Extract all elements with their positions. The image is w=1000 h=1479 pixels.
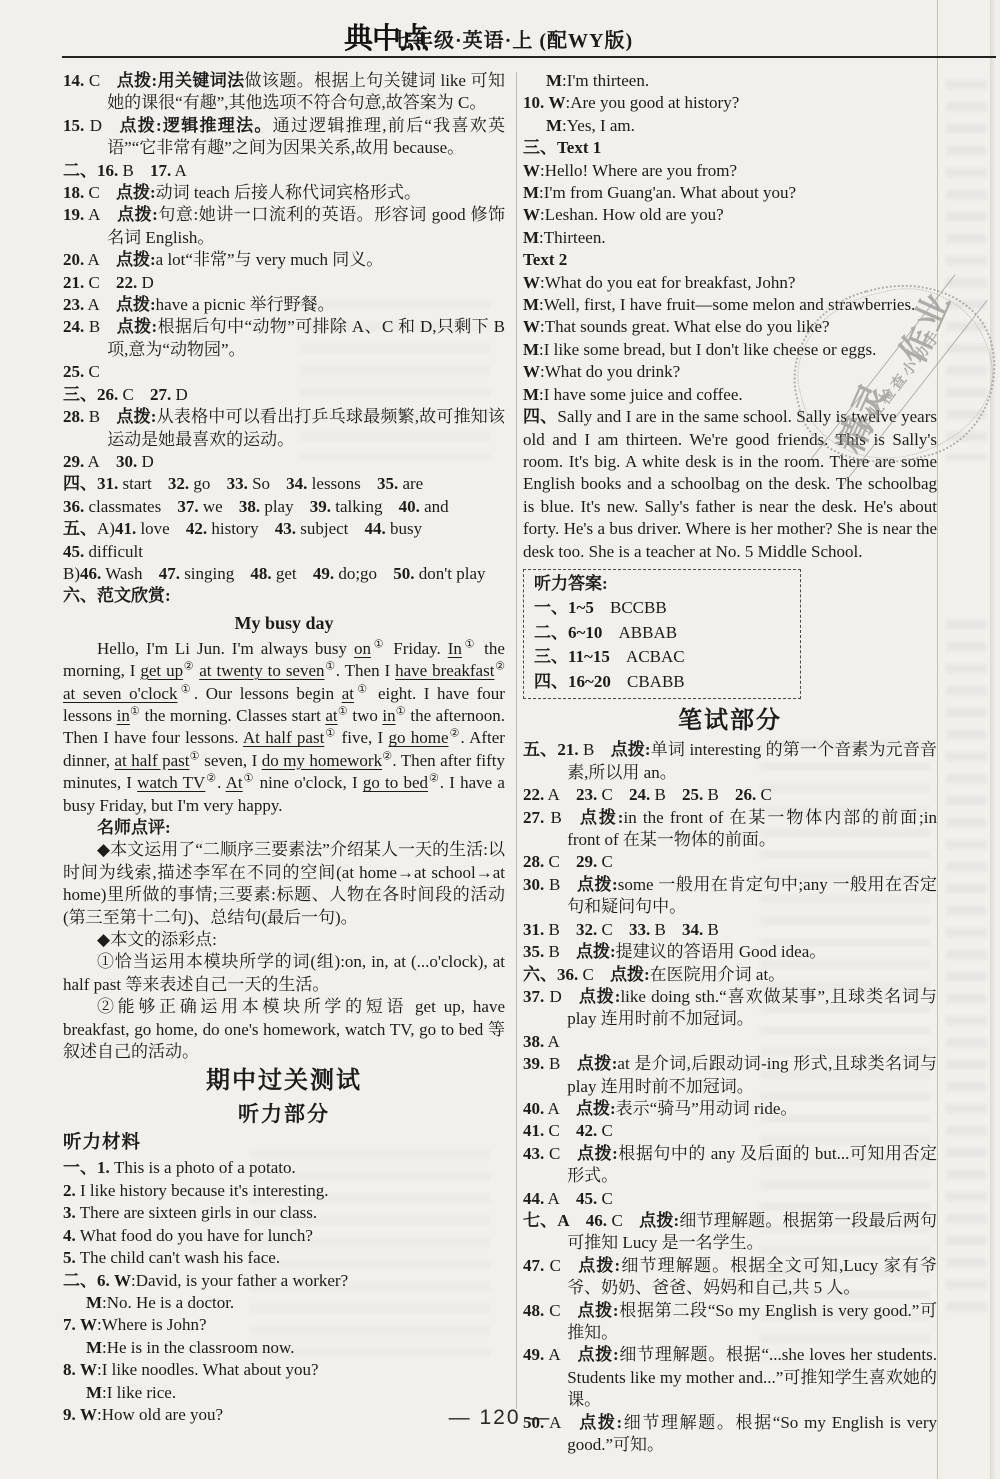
text-line: 35. B点拨:提建议的答语用 Good idea。 xyxy=(523,941,937,963)
text-line: 4. What food do you have for lunch? xyxy=(63,1225,505,1247)
left-column: 14. C点拨:用关键词法做该题。根据上句关键词 like 可知她的课很“有趣”… xyxy=(63,70,505,1426)
text-line: 19. A点拨:句意:她讲一口流利的英语。形容词 good 修饰名词 Engli… xyxy=(63,204,505,249)
section-heading: 听力部分 xyxy=(63,1099,505,1129)
section-heading: 听力材料 xyxy=(63,1129,505,1157)
answer-line: 一、1~5BCCBB xyxy=(534,596,790,621)
text-line: M:No. He is a doctor. xyxy=(86,1292,505,1314)
text-line: ①恰当运用本模块所学的词(组):on, in, at (...o'clock),… xyxy=(63,951,505,996)
scanned-workbook-page: { "header": { "logo": "典中点", "title": "七… xyxy=(0,0,1000,1479)
text-line: 二、6. W:David, is your father a worker? xyxy=(63,1270,505,1292)
page-number: — 120 — xyxy=(0,1406,1000,1430)
text-line: 18. C点拨:动词 teach 后接人称代词宾格形式。 xyxy=(63,182,505,204)
text-line: ◆本文的添彩点: xyxy=(63,929,505,951)
text-line: 29. A30. D xyxy=(63,451,505,473)
text-line: 48. C点拨:根据第二段“So my English is very good… xyxy=(523,1300,937,1345)
text-line: 36. classmates37. we38. play39. talking4… xyxy=(63,496,505,518)
text-line: M:I like some bread, but I don't like ch… xyxy=(523,339,937,361)
bleedthrough-artifact xyxy=(946,80,986,460)
text-line: 37. D点拨:like doing sth.“喜欢做某事”,且球类名词与 pl… xyxy=(523,986,937,1031)
text-line: 21. C22. D xyxy=(63,272,505,294)
answer-line: 四、16~20CBABB xyxy=(534,670,790,695)
text-line: 六、36. C点拨:在医院用介词 at。 xyxy=(523,964,937,986)
text-line: M:Well, first, I have fruit—some melon a… xyxy=(523,294,937,316)
text-line: 25. C xyxy=(63,361,505,383)
text-line: 23. A点拨:have a picnic 举行野餐。 xyxy=(63,294,505,316)
text-line: 22. A23. C24. B25. B26. C xyxy=(523,784,937,806)
text-line: 39. B点拨:at 是介词,后跟动词-ing 形式,且球类名词与 play 连… xyxy=(523,1053,937,1098)
page-edge-line xyxy=(937,0,938,1479)
text-line: 7. W:Where is John? xyxy=(63,1314,505,1336)
text-line: 14. C点拨:用关键词法做该题。根据上句关键词 like 可知她的课很“有趣”… xyxy=(63,70,505,115)
text-line: 2. I like history because it's interesti… xyxy=(63,1180,505,1202)
text-line: 44. A45. C xyxy=(523,1188,937,1210)
text-line: 31. B32. C33. B34. B xyxy=(523,919,937,941)
text-line: ◆本文运用了“二顺序三要素法”介绍某人一天的生活:以时间为线索,描述李军在不同的… xyxy=(63,839,505,929)
page-edge-shadow xyxy=(990,0,996,1479)
text-line: 七、A46. C点拨:细节理解题。根据第一段最后两句可推知 Lucy 是一名学生… xyxy=(523,1210,937,1255)
page-title: 七年级·英语·上 (配WY版) xyxy=(392,24,633,53)
text-line: 三、26. C27. D xyxy=(63,384,505,406)
text-line: W:What do you eat for breakfast, John? xyxy=(523,272,937,294)
text-line: 四、Sally and I are in the same school. Sa… xyxy=(523,406,937,563)
text-line: 38. A xyxy=(523,1031,937,1053)
text-line: 20. A点拨:a lot“非常”与 very much 同义。 xyxy=(63,249,505,271)
text-line: 名师点评: xyxy=(63,817,505,839)
text-line: 28. C29. C xyxy=(523,851,937,873)
answer-line: 三、11~15ACBAC xyxy=(534,645,790,670)
text-line: M:I'm thirteen. xyxy=(546,70,937,92)
text-line: 41. C42. C xyxy=(523,1120,937,1142)
text-line: Text 2 xyxy=(523,249,937,271)
text-line: M:Yes, I am. xyxy=(546,115,937,137)
listening-answers-box: 听力答案:一、1~5BCCBB二、6~10ABBAB三、11~15ACBAC四、… xyxy=(523,569,801,700)
right-column: M:I'm thirteen.10. W:Are you good at his… xyxy=(523,70,937,1456)
text-line: M:I'm from Guang'an. What about you? xyxy=(523,182,937,204)
text-line: M:He is in the classroom now. xyxy=(86,1337,505,1359)
text-line: 40. A点拨:表示“骑马”用动词 ride。 xyxy=(523,1098,937,1120)
text-line: 30. B点拨:some 一般用在肯定句中;any 一般用在否定句和疑问句中。 xyxy=(523,874,937,919)
text-line: 49. A点拨:细节理解题。根据“...she loves her studen… xyxy=(523,1344,937,1411)
section-heading: 期中过关测试 xyxy=(63,1063,505,1099)
text-line: 三、Text 1 xyxy=(523,137,937,159)
text-line: 45. difficult xyxy=(63,541,505,563)
answer-line: 二、6~10ABBAB xyxy=(534,621,790,646)
text-line: ②能够正确运用本模块所学的短语 get up, have breakfast, … xyxy=(63,996,505,1063)
text-line: 5. The child can't wash his face. xyxy=(63,1247,505,1269)
text-line: W:That sounds great. What else do you li… xyxy=(523,316,937,338)
text-line: M:I like rice. xyxy=(86,1382,505,1404)
bleedthrough-artifact xyxy=(946,620,986,1320)
text-line: 24. B点拨:根据后句中“动物”可排除 A、C 和 D,只剩下 B 项,意为“… xyxy=(63,316,505,361)
text-line: M:I have some juice and coffee. xyxy=(523,384,937,406)
text-line: 28. B点拨:从表格中可以看出打乒乓球最频繁,故可推知该运动是她最喜欢的运动。 xyxy=(63,406,505,451)
text-line: 43. C点拨:根据句中的 any 及后面的 but...可知用否定形式。 xyxy=(523,1143,937,1188)
answer-line: 听力答案: xyxy=(534,572,790,597)
text-line: 四、31. start32. go33. So34. lessons35. ar… xyxy=(63,473,505,495)
text-line: 15. D点拨:逻辑推理法。通过逻辑推理,前后“我喜欢英语”“它非常有趣”之间为… xyxy=(63,115,505,160)
text-line: 五、21. B点拨:单词 interesting 的第一个音素为元音音素,所以用… xyxy=(523,739,937,784)
text-line: 47. C点拨:细节理解题。根据全文可知,Lucy 家有爷爷、奶奶、爸爸、妈妈和… xyxy=(523,1255,937,1300)
text-line: W:Leshan. How old are you? xyxy=(523,204,937,226)
section-heading: 笔试部分 xyxy=(523,703,937,739)
text-line: 六、范文欣赏: xyxy=(63,585,505,607)
text-line: 3. There are sixteen girls in our class. xyxy=(63,1202,505,1224)
text-line: 27. B点拨:in the front of 在某一物体内部的前面;in fr… xyxy=(523,807,937,852)
text-line: 10. W:Are you good at history? xyxy=(523,92,937,114)
text-line: W:Hello! Where are you from? xyxy=(523,160,937,182)
text-line: B)46. Wash47. singing48. get49. do;go50.… xyxy=(63,563,505,585)
header-rule xyxy=(62,56,996,58)
text-line: M:Thirteen. xyxy=(523,227,937,249)
text-line: 8. W:I like noodles. What about you? xyxy=(63,1359,505,1381)
text-line: 五、A)41. love42. history43. subject44. bu… xyxy=(63,518,505,540)
section-heading: My busy day xyxy=(63,608,505,638)
text-line: 二、16. B17. A xyxy=(63,160,505,182)
column-divider xyxy=(516,72,517,1409)
text-line: 一、1. This is a photo of a potato. xyxy=(63,1157,505,1179)
text-line: Hello, I'm Li Jun. I'm always busy on① F… xyxy=(63,638,505,817)
text-line: W:What do you drink? xyxy=(523,361,937,383)
